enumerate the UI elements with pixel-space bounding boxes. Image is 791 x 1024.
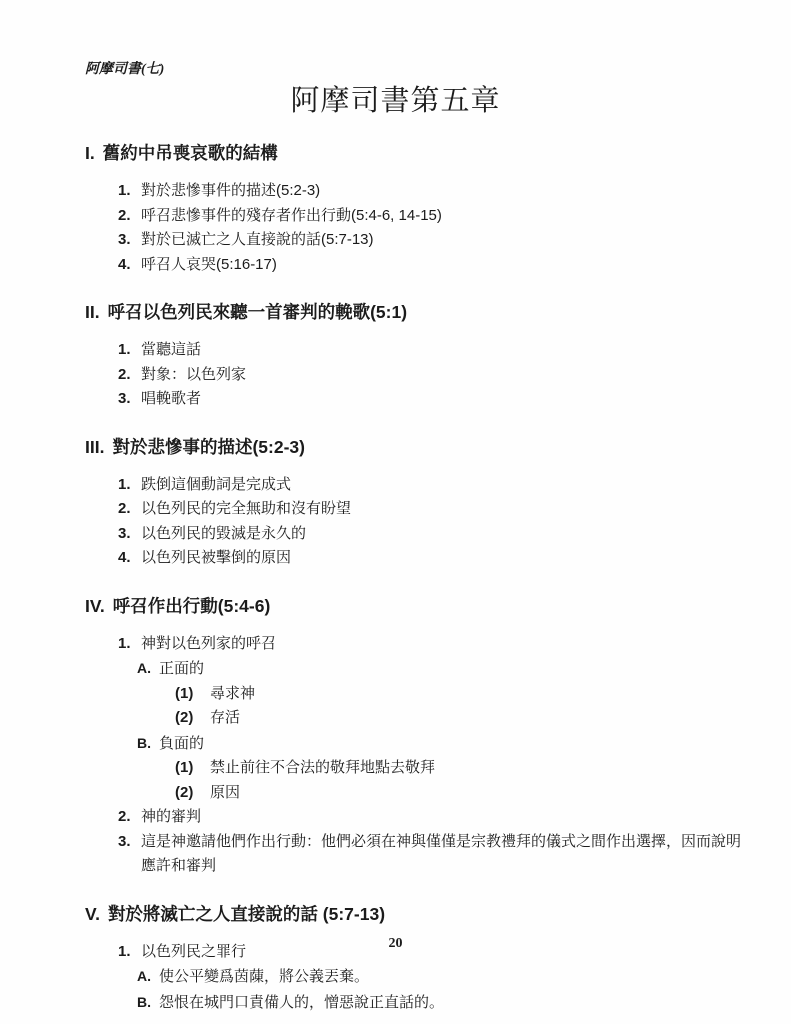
item-number: 2.	[118, 805, 141, 830]
point-number: (1)	[175, 756, 210, 781]
item-number: 3.	[118, 522, 141, 547]
item-text: 神的審判	[141, 805, 741, 830]
item-number: 1.	[118, 179, 141, 204]
section-heading-2: II. 呼召以色列民來聽一首審判的輓歌(5:1)	[85, 301, 741, 323]
page-number: 20	[0, 936, 791, 952]
section-numeral: II.	[85, 301, 100, 323]
outline-item: 1. 跌倒這個動詞是完成式	[118, 473, 741, 498]
item-text: 當聽這話	[141, 338, 741, 363]
item-letter: A.	[137, 656, 159, 681]
item-text: 負面的	[159, 732, 741, 757]
item-number: 3.	[118, 387, 141, 412]
item-text: 正面的	[159, 657, 741, 682]
item-number: 3.	[118, 830, 141, 855]
outline-item: 4. 以色列民被擊倒的原因	[118, 546, 741, 571]
running-header: 阿摩司書(七)	[85, 62, 741, 78]
outline-item: 4. 呼召人哀哭(5:16-17)	[118, 253, 741, 278]
point-number: (2)	[175, 706, 210, 731]
item-number: 4.	[118, 546, 141, 571]
outline-point: (2) 原因	[175, 781, 741, 806]
section-heading-3: III. 對於悲慘事的描述(5:2-3)	[85, 436, 741, 458]
point-text: 存活	[210, 706, 741, 731]
outline-item: 1. 對於悲慘事件的描述(5:2-3)	[118, 179, 741, 204]
outline-subitem: A. 正面的	[137, 656, 741, 682]
outline-item: 3. 唱輓歌者	[118, 387, 741, 412]
section-numeral: V.	[85, 903, 100, 925]
outline-item: 2. 對象：以色列家	[118, 363, 741, 388]
document-page: 阿摩司書(七) 阿摩司書第五章 I. 舊約中吊喪哀歌的結構 1. 對於悲慘事件的…	[0, 0, 791, 1024]
outline-subitem: A. 使公平變爲茵蔯，將公義丟棄。	[137, 964, 741, 990]
outline-item: 3. 對於已滅亡之人直接說的話(5:7-13)	[118, 228, 741, 253]
section-numeral: III.	[85, 436, 104, 458]
item-number: 2.	[118, 363, 141, 388]
outline-item: 3. 以色列民的毀滅是永久的	[118, 522, 741, 547]
point-text: 尋求神	[210, 682, 741, 707]
section-title: 呼召作出行動(5:4-6)	[113, 595, 271, 617]
item-text: 以色列民的完全無助和沒有盼望	[141, 497, 741, 522]
outline-point: (2) 存活	[175, 706, 741, 731]
item-text: 呼召人哀哭(5:16-17)	[141, 253, 741, 278]
outline-item: 1. 神對以色列家的呼召	[118, 632, 741, 657]
item-text: 對於已滅亡之人直接說的話(5:7-13)	[141, 228, 741, 253]
section-title: 對於將滅亡之人直接說的話 (5:7-13)	[108, 903, 385, 925]
item-text: 跌倒這個動詞是完成式	[141, 473, 741, 498]
item-number: 1.	[118, 473, 141, 498]
item-text: 這是神邀請他們作出行動：他們必須在神與僅僅是宗教禮拜的儀式之間作出選擇，因而說明…	[141, 830, 741, 879]
point-number: (2)	[175, 781, 210, 806]
item-number: 3.	[118, 228, 141, 253]
item-number: 1.	[118, 632, 141, 657]
item-text: 以色列民被擊倒的原因	[141, 546, 741, 571]
outline-item: 3. 這是神邀請他們作出行動：他們必須在神與僅僅是宗教禮拜的儀式之間作出選擇，因…	[118, 830, 741, 879]
section-heading-5: V. 對於將滅亡之人直接說的話 (5:7-13)	[85, 903, 741, 925]
item-text: 以色列民的毀滅是永久的	[141, 522, 741, 547]
outline-point: (1) 尋求神	[175, 682, 741, 707]
point-number: (1)	[175, 682, 210, 707]
item-text: 對於悲慘事件的描述(5:2-3)	[141, 179, 741, 204]
section-numeral: I.	[85, 142, 95, 164]
section-title: 對於悲慘事的描述(5:2-3)	[112, 436, 305, 458]
item-text: 唱輓歌者	[141, 387, 741, 412]
outline-subitem: B. 負面的	[137, 731, 741, 757]
item-number: 1.	[118, 338, 141, 363]
section-title: 呼召以色列民來聽一首審判的輓歌(5:1)	[108, 301, 407, 323]
section-numeral: IV.	[85, 595, 105, 617]
outline-item: 2. 以色列民的完全無助和沒有盼望	[118, 497, 741, 522]
item-text: 使公平變爲茵蔯，將公義丟棄。	[159, 965, 741, 990]
item-text: 呼召悲慘事件的殘存者作出行動(5:4-6, 14-15)	[141, 204, 741, 229]
item-letter: A.	[137, 964, 159, 989]
outline-item: 1. 當聽這話	[118, 338, 741, 363]
item-number: 4.	[118, 253, 141, 278]
page-title: 阿摩司書第五章	[85, 84, 706, 118]
section-title: 舊約中吊喪哀歌的結構	[103, 142, 278, 164]
section-heading-4: IV. 呼召作出行動(5:4-6)	[85, 595, 741, 617]
outline-item: 2. 神的審判	[118, 805, 741, 830]
item-letter: B.	[137, 990, 159, 1015]
item-number: 2.	[118, 497, 141, 522]
point-text: 原因	[210, 781, 741, 806]
item-text: 怨恨在城門口責備人的，憎惡說正直話的。	[159, 991, 741, 1016]
item-letter: B.	[137, 731, 159, 756]
point-text: 禁止前往不合法的敬拜地點去敬拜	[210, 756, 741, 781]
outline-point: (1) 禁止前往不合法的敬拜地點去敬拜	[175, 756, 741, 781]
section-heading-1: I. 舊約中吊喪哀歌的結構	[85, 142, 741, 164]
item-number: 2.	[118, 204, 141, 229]
outline-item: 2. 呼召悲慘事件的殘存者作出行動(5:4-6, 14-15)	[118, 204, 741, 229]
outline-subitem: B. 怨恨在城門口責備人的，憎惡說正直話的。	[137, 990, 741, 1016]
item-text: 神對以色列家的呼召	[141, 632, 741, 657]
item-text: 對象：以色列家	[141, 363, 741, 388]
